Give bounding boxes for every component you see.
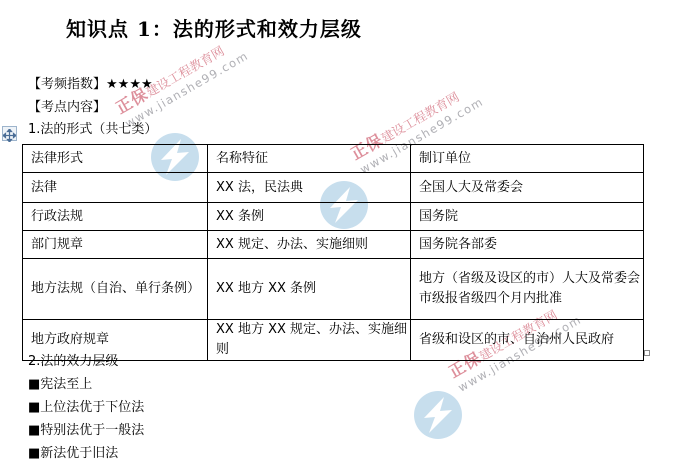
section1-heading: 1.法的形式（共七类） bbox=[28, 118, 157, 137]
frequency-stars: ★★★★ bbox=[106, 77, 153, 92]
law-forms-table: 法律形式 名称特征 制订单位 法律 XX 法，民法典 全国人大及常委会 行政法规… bbox=[22, 144, 644, 361]
frequency-label: 【考频指数】 bbox=[28, 77, 106, 92]
cell-unit: 地方（省级及设区的市）人大及常委会 市级报省级四个月内批准 bbox=[411, 259, 644, 320]
cell-feature: XX 规定、办法、实施细则 bbox=[208, 231, 411, 259]
table-header-row: 法律形式 名称特征 制订单位 bbox=[23, 145, 644, 173]
cell-unit: 国务院 bbox=[411, 203, 644, 231]
section2-heading: 2.法的效力层级 bbox=[28, 350, 144, 373]
cell-unit-line1: 地方（省级及设区的市）人大及常委会 bbox=[419, 269, 641, 289]
principle-item: ■特别法优于一般法 bbox=[28, 419, 144, 442]
cell-feature: XX 地方 XX 规定、办法、实施细则 bbox=[208, 320, 411, 361]
cell-form: 部门规章 bbox=[23, 231, 208, 259]
header-cell-form: 法律形式 bbox=[23, 145, 208, 173]
cell-feature: XX 地方 XX 条例 bbox=[208, 259, 411, 320]
header-cell-unit: 制订单位 bbox=[411, 145, 644, 173]
table-row: 部门规章 XX 规定、办法、实施细则 国务院各部委 bbox=[23, 231, 644, 259]
jianshe99-logo-icon bbox=[413, 390, 463, 440]
page-title: 知识点 1：法的形式和效力层级 bbox=[66, 13, 362, 42]
cell-unit-line2: 市级报省级四个月内批准 bbox=[419, 289, 641, 309]
table-row: 法律 XX 法，民法典 全国人大及常委会 bbox=[23, 173, 644, 203]
effectiveness-section: 2.法的效力层级 ■宪法至上 ■上位法优于下位法 ■特别法优于一般法 ■新法优于… bbox=[28, 350, 144, 464]
header-cell-feature: 名称特征 bbox=[208, 145, 411, 173]
cell-form: 地方法规（自治、单行条例） bbox=[23, 259, 208, 320]
content-label: 【考点内容】 bbox=[28, 96, 106, 115]
cell-unit: 省级和设区的市、自治州人民政府 bbox=[411, 320, 644, 361]
cell-feature: XX 法，民法典 bbox=[208, 173, 411, 203]
principle-item: ■宪法至上 bbox=[28, 373, 144, 396]
principle-item: ■新法优于旧法 bbox=[28, 442, 144, 464]
cell-form: 行政法规 bbox=[23, 203, 208, 231]
cell-unit: 国务院各部委 bbox=[411, 231, 644, 259]
table-resize-handle[interactable] bbox=[644, 350, 650, 356]
table-move-handle-icon[interactable] bbox=[2, 126, 17, 141]
cell-unit: 全国人大及常委会 bbox=[411, 173, 644, 203]
table-row: 行政法规 XX 条例 国务院 bbox=[23, 203, 644, 231]
table-row: 地方法规（自治、单行条例） XX 地方 XX 条例 地方（省级及设区的市）人大及… bbox=[23, 259, 644, 320]
document-page[interactable]: 正保建设工程教育网 www.jianshe99.com 正保建设工程教育网 ww… bbox=[0, 0, 687, 464]
frequency-line: 【考频指数】★★★★ bbox=[28, 73, 153, 92]
cell-feature: XX 条例 bbox=[208, 203, 411, 231]
cell-form: 法律 bbox=[23, 173, 208, 203]
principle-item: ■上位法优于下位法 bbox=[28, 396, 144, 419]
